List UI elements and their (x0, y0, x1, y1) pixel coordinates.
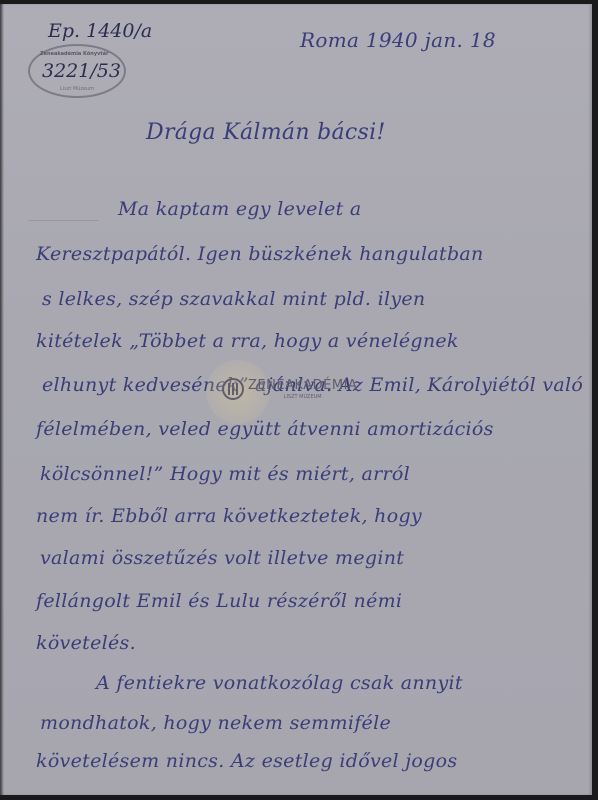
letter-line: kitételek „Többet a rra, hogy a vénelégn… (36, 330, 459, 352)
letter-line: nem ír. Ebből arra következtetek, hogy (36, 505, 422, 527)
library-stamp: Zeneakadémia Könyvtár 3221/53 Liszt Múze… (28, 44, 126, 98)
letter-line: követelés. (36, 632, 136, 654)
stamp-top-text: Zeneakadémia Könyvtár (40, 51, 109, 57)
letter-line: A fentiekre vonatkozólag csak annyit (96, 672, 463, 694)
letter-line: mondhatok, hogy nekem semmiféle (40, 712, 391, 734)
archive-code: Ep. 1440/a (48, 20, 152, 42)
margin-mark (28, 220, 98, 221)
stamp-bottom-text: Liszt Múzeum (60, 86, 94, 92)
watermark-title: ZENEAKADÉMIA (248, 378, 357, 393)
letter-line: Keresztpapától. Igen büszkének hangulatb… (36, 243, 484, 265)
letter-line: követelésem nincs. Az esetleg idővel jog… (36, 750, 457, 772)
letter-line: félelmében, veled együtt átvenni amortiz… (36, 418, 494, 440)
letter-line: fellángolt Emil és Lulu részéről némi (36, 590, 402, 612)
salutation: Drága Kálmán bácsi! (146, 120, 386, 145)
letter-line: Ma kaptam egy levelet a (118, 198, 362, 220)
watermark-subtitle: LISZT MÚZEUM (284, 394, 322, 400)
lyre-logo-icon (222, 378, 244, 400)
stamp-number: 3221/53 (42, 60, 121, 82)
letter-line: s lelkes, szép szavakkal mint pld. ilyen (42, 288, 425, 310)
dateline: Roma 1940 jan. 18 (300, 28, 496, 52)
letter-line: kölcsönnel!” Hogy mit és miért, arról (40, 463, 410, 485)
letter-line: valami összetűzés volt illetve megint (40, 547, 404, 569)
page-edge-shadow (0, 4, 4, 795)
zeneakademia-watermark: ZENEAKADÉMIA LISZT MÚZEUM (222, 378, 357, 400)
